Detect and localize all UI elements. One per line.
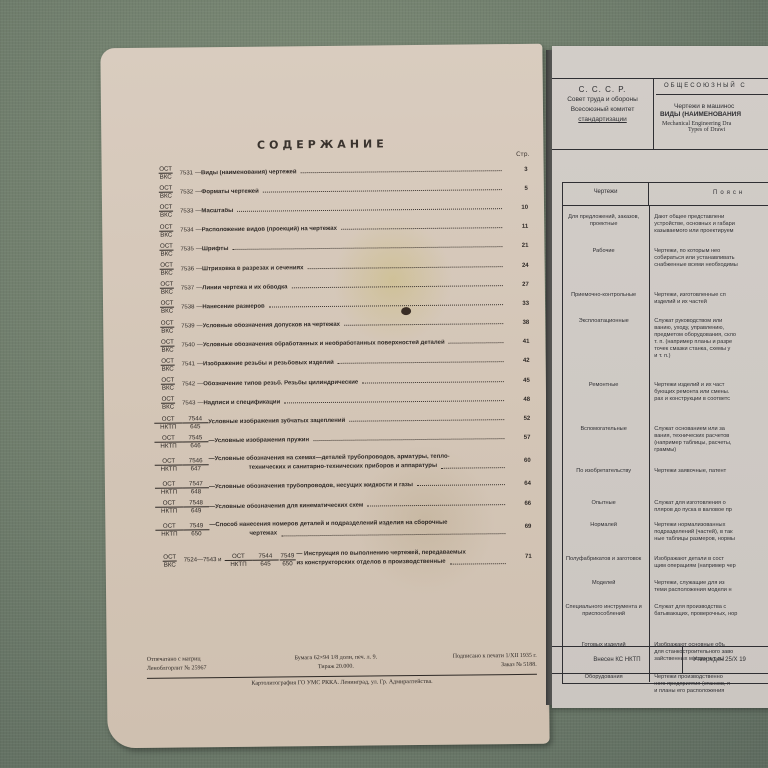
entry-title: 7532 —Форматы чертежей xyxy=(180,186,506,195)
drawing-description: Чертежи изделий и их част бующих ремонта… xyxy=(644,382,768,403)
leader-dots xyxy=(341,227,502,230)
page-number: 41 xyxy=(507,339,529,345)
issuer-country: С. С. С. Р. xyxy=(552,85,653,95)
page-number: 60 xyxy=(509,458,531,464)
standard-number: 7531 xyxy=(180,170,193,176)
code-top: ОСТ xyxy=(159,281,174,289)
drawing-type: Оборудования xyxy=(563,674,644,695)
entry-title-continued: технических и санитарно-технических приб… xyxy=(249,462,437,473)
entry-title: 7537 —Линии чертежа и их обводка xyxy=(181,282,507,291)
table-row: Приемочно-контрольные Чертежи, изготовле… xyxy=(563,292,768,306)
standard-code: ОСТ 7547 НКТП 648 xyxy=(155,480,209,496)
entry-title-continued: из конструкторских отделов в производств… xyxy=(296,558,445,569)
code-top: ОСТ xyxy=(159,242,174,250)
entry-title: —Условные обозначения трубопроводов, нес… xyxy=(209,481,509,490)
entry-title-continued: чертежах xyxy=(249,529,277,538)
standard-code: ОСТ 7549 НКТП 650 xyxy=(155,522,209,538)
num-top: 7549 xyxy=(183,522,209,530)
drawing-description: Чертежи производственно ного предприятия… xyxy=(644,674,768,695)
page-number: 24 xyxy=(507,262,529,268)
standard-title-block: ОБЩЕСОЮЗНЫЙ С Чертежи в машинос ВИДЫ (НА… xyxy=(656,79,768,149)
table-row: Специального инструмента и приспособлени… xyxy=(563,604,768,618)
page-number: 10 xyxy=(506,205,528,211)
drawing-type: Полуфабрикатов и заготовок xyxy=(563,556,644,570)
code-bottom: ВКС xyxy=(162,366,174,373)
leader-dots xyxy=(338,362,504,365)
drawing-type: Ремонтные xyxy=(563,382,644,403)
page-number: 38 xyxy=(507,320,529,326)
drawing-description: Служат основанием или за вания, техничес… xyxy=(644,426,768,454)
entry-title: 7541 —Изображение резьбы и резьбовых изд… xyxy=(182,359,508,368)
drawing-description: Служат для изготовления о пляров до пуск… xyxy=(644,500,768,514)
entry-title-text: Надписи и спецификации xyxy=(203,399,280,406)
imprint-order: Заказ № 5188. xyxy=(407,661,537,671)
entry-title-text: Шрифты xyxy=(202,246,229,252)
code-top: ОСТ xyxy=(158,185,173,193)
drawing-type: Моделей xyxy=(563,580,644,594)
code-top: ОСТ xyxy=(160,377,175,385)
leader-dots xyxy=(301,170,502,173)
entry-title-text: Штриховка в разрезах и сечениях xyxy=(202,265,303,272)
entry-title: —Способ нанесения номеров деталей и подр… xyxy=(209,518,509,539)
num-bottom: 645 xyxy=(182,423,208,430)
table-row: Рабочие Чертежи, по которым нео собирать… xyxy=(563,248,768,269)
code-bottom: ВКС xyxy=(160,193,172,200)
leader-dots xyxy=(450,557,506,565)
table-row: По изобретательству Чертежи заявочные, п… xyxy=(563,468,768,475)
drawing-description: Изображают детали в сост щим операциям (… xyxy=(644,556,768,570)
page-number: 33 xyxy=(507,301,529,307)
table-row: Моделей Чертежи, служащие для из теми ра… xyxy=(563,580,768,594)
drawing-type: Приемочно-контрольные xyxy=(563,292,644,306)
drawing-type: По изобретательству xyxy=(563,468,644,475)
standard-code: ОСТ ВКС xyxy=(152,204,180,219)
entry-title: —Условные обозначения на схемах—деталей … xyxy=(209,452,509,473)
imprint: Отпечатано с матриц Бумага 62×94 1/8 дол… xyxy=(147,652,537,688)
num-bottom: 646 xyxy=(182,442,208,449)
entry-title-text: Условные изображения зубчатых зацеплений xyxy=(208,418,345,425)
page-number: 45 xyxy=(508,378,530,384)
contents-heading: СОДЕРЖАНИЕ xyxy=(101,136,543,154)
leader-dots xyxy=(284,400,504,403)
page-number: 21 xyxy=(506,243,528,249)
entry-title: 7542 —Обозначение типов резьб. Резьбы ци… xyxy=(182,378,508,387)
code-top: ОСТ xyxy=(160,358,175,366)
entry-title-text: Условные обозначения обработанных и необ… xyxy=(203,340,445,349)
drawing-description: Дают общее представлени устройстве, осно… xyxy=(644,214,768,235)
table-header: Чертежи Поясн xyxy=(563,183,768,206)
entry-title-text: Линии чертежа и их обводка xyxy=(202,284,287,291)
standard-code: ОСТ ВКС xyxy=(153,338,181,353)
leader-dots xyxy=(307,266,502,269)
contents-page: СОДЕРЖАНИЕ Стр. ОСТ ВКС 7531 —Виды (наим… xyxy=(100,44,549,749)
code-bottom: НКТП xyxy=(155,465,183,472)
standard-number: 7543 xyxy=(182,400,195,406)
drawing-type: Специального инструмента и приспособлени… xyxy=(563,604,644,618)
standard-code: ОСТ ВКС xyxy=(156,553,184,568)
toc-entry: ОСТ 7546 НКТП 647 —Условные обозначения … xyxy=(155,448,531,479)
standard-code: ОСТ ВКС xyxy=(154,357,182,372)
leader-dots xyxy=(417,485,505,487)
standard-page: С. С. С. Р. Совет труда и обороны Всесою… xyxy=(552,46,768,708)
entry-title: 7543 —Надписи и спецификации xyxy=(182,397,508,406)
table-row: Ремонтные Чертежи изделий и их част бующ… xyxy=(563,382,768,403)
entry-title-text: —Условные изображения пружин xyxy=(208,437,309,444)
entry-title: 7540 —Условные обозначения обработанных … xyxy=(181,339,507,348)
entry-title: Условные изображения зубчатых зацеплений xyxy=(208,416,508,425)
table-of-contents: ОСТ ВКС 7531 —Виды (наименования) чертеж… xyxy=(152,160,532,578)
leader-dots xyxy=(313,438,504,441)
code-top: ОСТ xyxy=(161,396,176,404)
leader-dots xyxy=(237,208,502,212)
code-bottom: ВКС xyxy=(160,174,172,181)
code-top: ОСТ xyxy=(160,300,175,308)
standard-code-2: ОСТ 7544 НКТП 645 xyxy=(224,552,278,568)
code-top: ОСТ xyxy=(159,262,174,270)
drawing-description: Чертежи нормализованных подразделений (ч… xyxy=(644,522,768,543)
standard-code-3: 7549 650 xyxy=(278,552,296,567)
standard-number: 7534 xyxy=(180,228,193,234)
standard-subtitle-en: Types of Drawi xyxy=(656,127,768,133)
entry-title: 7535 —Шрифты xyxy=(180,243,506,252)
num-bottom: 650 xyxy=(282,560,292,567)
table-row: Нормалей Чертежи нормализованных подразд… xyxy=(563,522,768,543)
standard-code: ОСТ ВКС xyxy=(153,319,181,334)
entry-title-text: Расположение видов (проекций) на чертежа… xyxy=(202,226,337,233)
issuer-block: С. С. С. Р. Совет труда и обороны Всесою… xyxy=(552,79,654,149)
leader-dots xyxy=(441,461,505,469)
drawing-type: Вспомогательные xyxy=(563,426,644,454)
toc-entry-instruction: ОСТ ВКС 7524—7543 и ОСТ 7544 НКТП 645 75… xyxy=(156,540,532,578)
code-top: ОСТ xyxy=(160,338,175,346)
page-number: 71 xyxy=(510,554,532,560)
table-body: Для предложений, заказов, проектные Дают… xyxy=(563,206,768,682)
drawing-description: Чертежи, по которым нео собираться или у… xyxy=(644,248,768,269)
entry-title: — Инструкция по выполнению чертежей, пер… xyxy=(296,548,509,568)
drawing-description: Чертежи, изготовленные сп изделий и их ч… xyxy=(644,292,768,306)
standard-number: 7540 xyxy=(181,343,194,349)
num-bottom: 650 xyxy=(183,530,209,537)
leader-dots xyxy=(449,342,504,344)
leader-dots xyxy=(291,285,502,288)
drawing-description: Служат руководством или ванию, уходу, уп… xyxy=(644,318,768,360)
page-column-label: Стр. xyxy=(516,151,529,158)
standard-number: 7542 xyxy=(182,381,195,387)
standard-code: ОСТ ВКС xyxy=(154,396,182,411)
entry-title-text: Масштабы xyxy=(201,208,233,214)
standard-header: С. С. С. Р. Совет труда и обороны Всесою… xyxy=(552,78,768,150)
page-number: 42 xyxy=(508,358,530,364)
drawing-type: Для предложений, заказов, проектные xyxy=(563,214,644,235)
code-top: ОСТ xyxy=(159,204,174,212)
standard-number: 7532 xyxy=(180,189,193,195)
standard-number: 7539 xyxy=(181,323,194,329)
num-bottom: 645 xyxy=(252,560,278,567)
entry-title: 7539 —Условные обозначения допусков на ч… xyxy=(181,320,507,329)
drawing-description: Чертежи, служащие для из теми расположен… xyxy=(644,580,768,594)
num-top: 7549 xyxy=(279,552,295,560)
leader-dots xyxy=(269,304,503,307)
issuer-standardization: стандартизации xyxy=(552,115,653,125)
table-row: Эксплоатационные Служат руководством или… xyxy=(563,318,768,360)
code-bottom: ВКС xyxy=(162,404,174,411)
standard-code: ОСТ 7544 НКТП 645 xyxy=(154,415,208,431)
num-bottom: 647 xyxy=(183,465,209,472)
code-bottom: ВКС xyxy=(161,289,173,296)
entry-title: —Условные изображения пружин xyxy=(208,435,508,444)
entry-title: 7533 —Масштабы xyxy=(180,205,506,214)
entry-title-text: Нанесение размеров xyxy=(202,304,264,311)
leader-dots xyxy=(263,189,502,193)
drawing-type: Рабочие xyxy=(563,248,644,269)
code-top: ОСТ xyxy=(162,553,177,561)
page-number: 11 xyxy=(506,224,528,230)
standard-number: 7541 xyxy=(182,362,195,368)
entry-title-text: Изображение резьбы и резьбовых изделий xyxy=(203,360,334,367)
leader-dots xyxy=(281,527,505,536)
entry-title-text: Форматы чертежей xyxy=(201,188,259,195)
leader-dots xyxy=(349,419,504,422)
code-bottom: НКТП xyxy=(155,488,183,495)
entry-title: —Условные обозначения для кинематических… xyxy=(209,501,509,510)
standard-subtitle-ru: ВИДЫ (НАИМЕНОВАНИЯ xyxy=(656,110,768,118)
code-bottom: ВКС xyxy=(162,385,174,392)
table-row: Для предложений, заказов, проектные Дают… xyxy=(563,214,768,235)
standard-code: ОСТ 7548 НКТП 649 xyxy=(155,499,209,515)
code-top: ОСТ xyxy=(160,319,175,327)
code-bottom: ВКС xyxy=(160,231,172,238)
entry-title-text: Виды (наименования) чертежей xyxy=(201,169,297,176)
standard-code: ОСТ ВКС xyxy=(152,166,180,181)
code-bottom: ВКС xyxy=(160,250,172,257)
standard-number: 7535 xyxy=(180,247,193,253)
standard-code: ОСТ ВКС xyxy=(152,242,180,257)
standard-number: 7538 xyxy=(181,304,194,310)
page-number: 27 xyxy=(507,282,529,288)
standard-range: 7524—7543 и xyxy=(184,557,222,563)
num-top: 7544 xyxy=(252,552,278,560)
imprint-print-run: Тираж 20.000. xyxy=(265,662,407,672)
entry-title-text: —Условные обозначения трубопроводов, нес… xyxy=(209,482,413,490)
page-number: 66 xyxy=(509,500,531,506)
approved-date: Утвержден 25/X 19 xyxy=(683,657,746,663)
code-top: ОСТ xyxy=(159,223,174,231)
drawing-type: Эксплоатационные xyxy=(563,318,644,360)
num-top: 7546 xyxy=(183,457,209,465)
num-bottom: 649 xyxy=(183,507,209,514)
standard-code: ОСТ ВКС xyxy=(154,377,182,392)
standard-footer: Внесен КС НКТП Утвержден 25/X 19 xyxy=(552,646,768,674)
standard-band: ОБЩЕСОЮЗНЫЙ С xyxy=(656,79,768,95)
imprint-license: Леноблгорлит № 25967 xyxy=(147,664,265,674)
toc-entry: ОСТ 7549 НКТП 650 —Способ нанесения номе… xyxy=(155,513,531,544)
drawing-type: Нормалей xyxy=(563,522,644,543)
table-row: Опытные Служат для изготовления о пляров… xyxy=(563,500,768,514)
imprint-printer: Картолитография ГО УМС РККА. Ленинград, … xyxy=(147,678,537,688)
standard-code: ОСТ 7545 НКТП 646 xyxy=(154,434,208,450)
page-number: 64 xyxy=(509,481,531,487)
standard-number: 7537 xyxy=(181,285,194,291)
code-bottom: НКТП xyxy=(154,442,182,449)
code-bottom: НКТП xyxy=(155,531,183,538)
standard-code: ОСТ ВКС xyxy=(152,223,180,238)
drawing-type: Опытные xyxy=(563,500,644,514)
standard-title-en: Mechanical Engineering Dra xyxy=(656,118,768,127)
standard-title-ru: Чертежи в машинос xyxy=(656,95,768,110)
introduced-by: Внесен КС НКТП xyxy=(552,647,683,673)
page-number: 52 xyxy=(508,416,530,422)
issuer-council: Совет труда и обороны xyxy=(552,95,653,105)
code-bottom: НКТП xyxy=(154,423,182,430)
entry-title: 7536 —Штриховка в разрезах и сечениях xyxy=(181,263,507,272)
column-header-drawings: Чертежи xyxy=(563,183,649,205)
table-row: Вспомогательные Служат основанием или за… xyxy=(563,426,768,454)
code-bottom: ВКС xyxy=(161,308,173,315)
standard-code: ОСТ ВКС xyxy=(152,185,180,200)
leader-dots xyxy=(344,323,503,326)
standard-code: ОСТ ВКС xyxy=(153,300,181,315)
page-number: 3 xyxy=(506,166,528,172)
entry-title-text: Обозначение типов резьб. Резьбы цилиндри… xyxy=(203,379,358,387)
code-bottom: ВКС xyxy=(164,561,176,568)
code-bottom: ВКС xyxy=(160,212,172,219)
page-number: 69 xyxy=(509,524,531,530)
column-header-explanation: Поясн xyxy=(649,183,768,205)
entry-title-text: Условные обозначения допусков на чертежа… xyxy=(203,322,340,329)
entry-title: 7531 —Виды (наименования) чертежей xyxy=(180,167,506,176)
page-number: 57 xyxy=(508,435,530,441)
code-bottom: НКТП xyxy=(155,508,183,515)
standard-number: 7533 xyxy=(180,208,193,214)
standard-code: ОСТ ВКС xyxy=(153,281,181,296)
drawing-types-table: Чертежи Поясн Для предложений, заказов, … xyxy=(562,182,768,684)
entry-title: 7534 —Расположение видов (проекций) на ч… xyxy=(180,224,506,233)
code-top: ОСТ xyxy=(158,166,173,174)
entry-title-text: —Условные обозначения для кинематических… xyxy=(209,502,363,510)
standard-code: ОСТ 7546 НКТП 647 xyxy=(155,457,209,473)
page-number: 5 xyxy=(506,186,528,192)
page-number: 48 xyxy=(508,397,530,403)
num-top: 7544 xyxy=(182,415,208,423)
code-bottom: ВКС xyxy=(161,270,173,277)
issuer-committee: Всесоюзный комитет xyxy=(552,105,653,115)
drawing-description: Чертежи заявочные, патент xyxy=(644,468,768,475)
table-row: Оборудования Чертежи производственно ног… xyxy=(563,674,768,695)
num-bottom: 648 xyxy=(183,488,209,495)
code-bottom: ВКС xyxy=(161,346,173,353)
entry-title: 7538 —Нанесение размеров xyxy=(181,301,507,310)
leader-dots xyxy=(232,246,502,250)
standard-code: ОСТ ВКС xyxy=(153,262,181,277)
drawing-description: Служат для производства с батывающих, пр… xyxy=(644,604,768,618)
code-bottom: НКТП xyxy=(224,560,252,567)
num-top: 7545 xyxy=(182,434,208,442)
code-bottom: ВКС xyxy=(161,327,173,334)
num-top: 7547 xyxy=(183,480,209,488)
leader-dots xyxy=(362,381,504,383)
table-row: Полуфабрикатов и заготовок Изображают де… xyxy=(563,556,768,570)
leader-dots xyxy=(367,504,505,506)
standard-number: 7536 xyxy=(181,266,194,272)
